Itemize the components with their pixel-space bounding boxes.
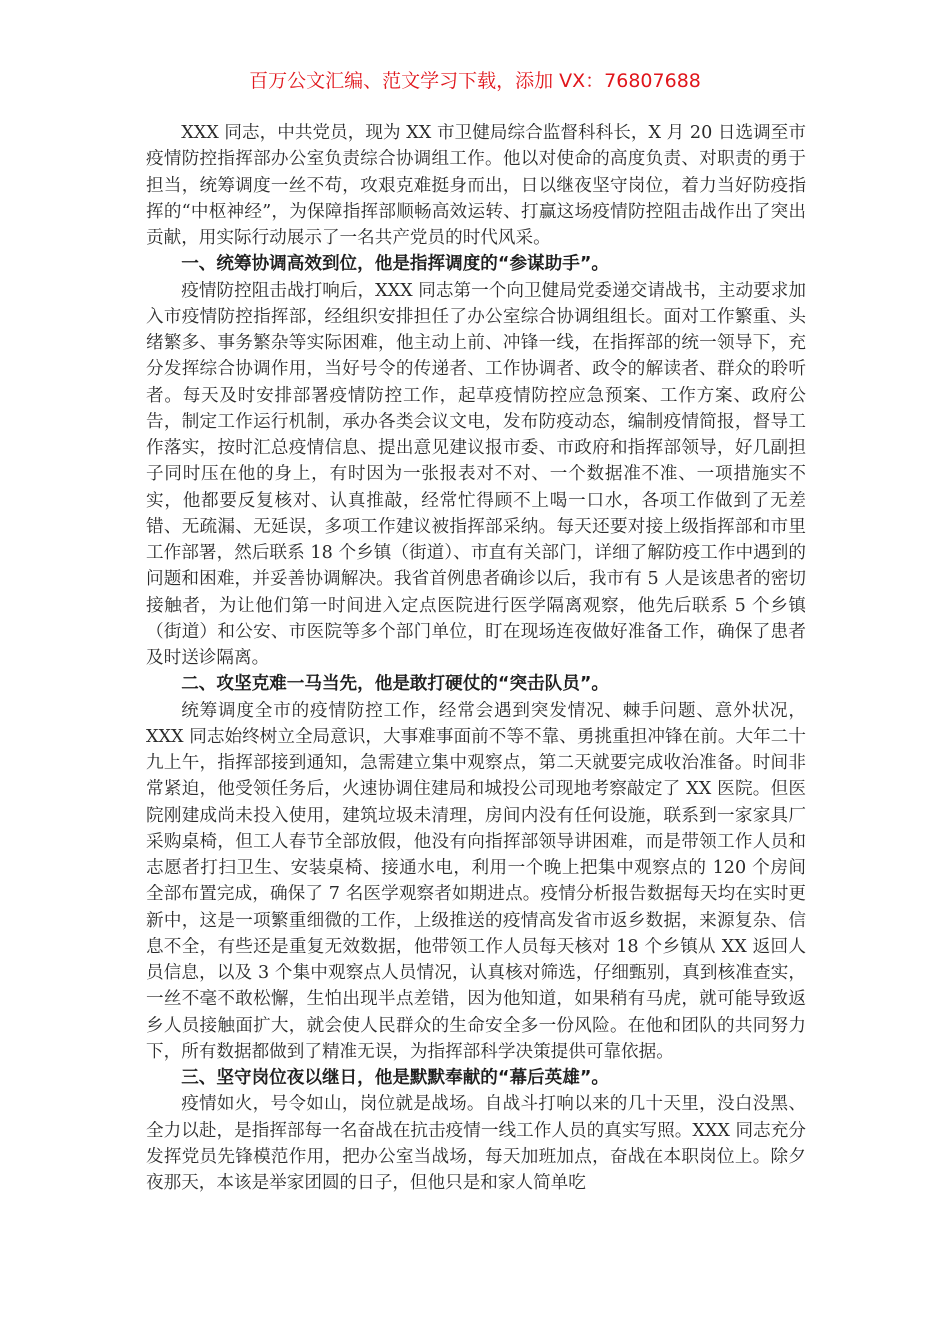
section-body-3: 疫情如火，号令如山，岗位就是战场。自战斗打响以来的几十天里，没白没黑、全力以赴，… [146, 1091, 806, 1196]
section-heading-3: 三、坚守岗位夜以继日，他是默默奉献的“幕后英雄”。 [146, 1065, 806, 1091]
section-body-1: 疫情防控阻击战打响后，XXX 同志第一个向卫健局党委递交请战书，主动要求加入市疫… [146, 278, 806, 672]
intro-paragraph: XXX 同志，中共党员，现为 XX 市卫健局综合监督科科长，X 月 20 日选调… [146, 120, 806, 251]
section-heading-1: 一、统筹协调高效到位，他是指挥调度的“参谋助手”。 [146, 251, 806, 277]
watermark-banner: 百万公文汇编、范文学习下载，添加 VX：76807688 [0, 66, 950, 93]
section-heading-2: 二、攻坚克难一马当先，他是敢打硬仗的“突击队员”。 [146, 671, 806, 697]
section-body-2: 统筹调度全市的疫情防控工作，经常会遇到突发情况、棘手问题、意外状况，XXX 同志… [146, 698, 806, 1066]
document-body: XXX 同志，中共党员，现为 XX 市卫健局综合监督科科长，X 月 20 日选调… [146, 120, 806, 1196]
